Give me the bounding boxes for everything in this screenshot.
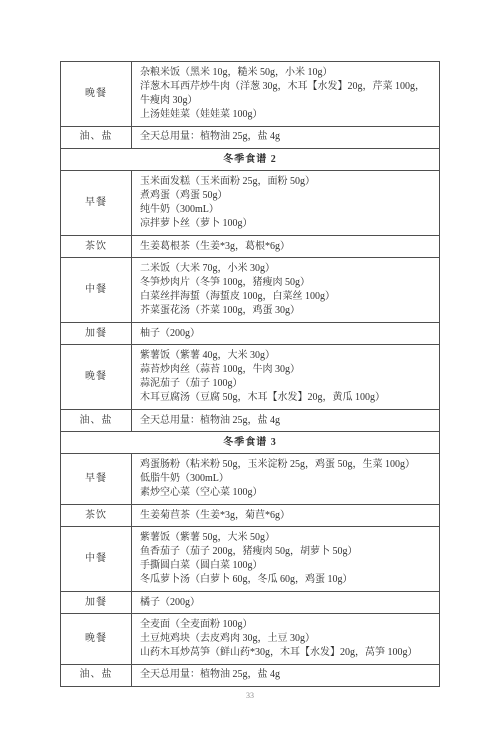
dish-line: 全天总用量：植物油 25g，盐 4g bbox=[140, 668, 431, 682]
dish-line: 冬瓜萝卜汤（白萝卜 60g，冬瓜 60g，鸡蛋 10g） bbox=[140, 573, 431, 587]
meal-label: 晚餐 bbox=[61, 614, 132, 665]
menu-row: 中餐紫薯饭（紫薯 50g，大米 50g）鱼香茄子（茄子 200g，猪瘦肉 50g… bbox=[61, 527, 440, 592]
dish-line: 生姜菊苣茶（生姜*3g，菊苣*6g） bbox=[140, 509, 431, 523]
meal-items: 生姜葛根茶（生姜*3g，葛根*6g） bbox=[132, 236, 440, 258]
menu-row: 中餐二米饭（大米 70g，小米 30g）冬笋炒肉片（冬笋 100g，猪瘦肉 50… bbox=[61, 258, 440, 323]
menu-row: 晚餐杂粮米饭（黑米 10g，糙米 50g，小米 10g）洋葱木耳西芹炒牛肉（洋葱… bbox=[61, 62, 440, 127]
meal-items: 全天总用量：植物油 25g，盐 4g bbox=[132, 126, 440, 148]
menu-row: 加餐橘子（200g） bbox=[61, 592, 440, 614]
section-header-row: 冬季食谱 3 bbox=[61, 432, 440, 454]
meal-label: 晚餐 bbox=[61, 345, 132, 410]
meal-label: 茶饮 bbox=[61, 236, 132, 258]
dish-line: 煮鸡蛋（鸡蛋 50g） bbox=[140, 189, 431, 203]
dish-line: 洋葱木耳西芹炒牛肉（洋葱 30g，木耳【水发】20g，芹菜 100g，牛瘦肉 3… bbox=[140, 80, 431, 108]
dish-line: 生姜葛根茶（生姜*3g，葛根*6g） bbox=[140, 240, 431, 254]
dish-line: 二米饭（大米 70g，小米 30g） bbox=[140, 262, 431, 276]
section-header-title: 冬季食谱 3 bbox=[61, 432, 440, 454]
menu-row: 早餐玉米面发糕（玉米面粉 25g，面粉 50g）煮鸡蛋（鸡蛋 50g）纯牛奶（3… bbox=[61, 171, 440, 236]
dish-line: 白菜丝拌海蜇（海蜇皮 100g，白菜丝 100g） bbox=[140, 290, 431, 304]
dish-line: 木耳豆腐汤（豆腐 50g，木耳【水发】20g，黄瓜 100g） bbox=[140, 391, 431, 405]
meal-items: 杂粮米饭（黑米 10g，糙米 50g，小米 10g）洋葱木耳西芹炒牛肉（洋葱 3… bbox=[132, 62, 440, 127]
dish-line: 橘子（200g） bbox=[140, 596, 431, 610]
dish-line: 全麦面（全麦面粉 100g） bbox=[140, 618, 431, 632]
meal-items: 生姜菊苣茶（生姜*3g，菊苣*6g） bbox=[132, 505, 440, 527]
meal-items: 鸡蛋肠粉（粘米粉 50g，玉米淀粉 25g，鸡蛋 50g，生菜 100g）低脂牛… bbox=[132, 454, 440, 505]
menu-row: 油、盐全天总用量：植物油 25g，盐 4g bbox=[61, 126, 440, 148]
section-header-title: 冬季食谱 2 bbox=[61, 149, 440, 171]
dish-line: 杂粮米饭（黑米 10g，糙米 50g，小米 10g） bbox=[140, 66, 431, 80]
meal-label: 早餐 bbox=[61, 171, 132, 236]
dish-line: 全天总用量：植物油 25g，盐 4g bbox=[140, 414, 431, 428]
dish-line: 紫薯饭（紫薯 50g，大米 50g） bbox=[140, 531, 431, 545]
dish-line: 蒜苔炒肉丝（蒜苔 100g，牛肉 30g） bbox=[140, 363, 431, 377]
dish-line: 上汤娃娃菜（娃娃菜 100g） bbox=[140, 108, 431, 122]
menu-table-body: 晚餐杂粮米饭（黑米 10g，糙米 50g，小米 10g）洋葱木耳西芹炒牛肉（洋葱… bbox=[61, 62, 440, 687]
dish-line: 凉拌萝卜丝（萝卜 100g） bbox=[140, 217, 431, 231]
dish-line: 低脂牛奶（300mL） bbox=[140, 472, 431, 486]
meal-label: 油、盐 bbox=[61, 664, 132, 686]
menu-row: 加餐柚子（200g） bbox=[61, 323, 440, 345]
dish-line: 芥菜蛋花汤（芥菜 100g，鸡蛋 30g） bbox=[140, 304, 431, 318]
meal-items: 二米饭（大米 70g，小米 30g）冬笋炒肉片（冬笋 100g，猪瘦肉 50g）… bbox=[132, 258, 440, 323]
dish-line: 冬笋炒肉片（冬笋 100g，猪瘦肉 50g） bbox=[140, 276, 431, 290]
meal-label: 早餐 bbox=[61, 454, 132, 505]
dish-line: 柚子（200g） bbox=[140, 327, 431, 341]
dish-line: 手撕圆白菜（圆白菜 100g） bbox=[140, 559, 431, 573]
dish-line: 土豆炖鸡块（去皮鸡肉 30g，土豆 30g） bbox=[140, 632, 431, 646]
menu-row: 茶饮生姜菊苣茶（生姜*3g，菊苣*6g） bbox=[61, 505, 440, 527]
menu-row: 油、盐全天总用量：植物油 25g，盐 4g bbox=[61, 410, 440, 432]
meal-label: 晚餐 bbox=[61, 62, 132, 127]
meal-label: 茶饮 bbox=[61, 505, 132, 527]
meal-items: 紫薯饭（紫薯 50g，大米 50g）鱼香茄子（茄子 200g，猪瘦肉 50g，胡… bbox=[132, 527, 440, 592]
meal-label: 油、盐 bbox=[61, 410, 132, 432]
dish-line: 纯牛奶（300mL） bbox=[140, 203, 431, 217]
meal-label: 中餐 bbox=[61, 258, 132, 323]
meal-items: 全天总用量：植物油 25g，盐 4g bbox=[132, 664, 440, 686]
menu-row: 茶饮生姜葛根茶（生姜*3g，葛根*6g） bbox=[61, 236, 440, 258]
meal-items: 玉米面发糕（玉米面粉 25g，面粉 50g）煮鸡蛋（鸡蛋 50g）纯牛奶（300… bbox=[132, 171, 440, 236]
meal-label: 加餐 bbox=[61, 592, 132, 614]
menu-row: 油、盐全天总用量：植物油 25g，盐 4g bbox=[61, 664, 440, 686]
meal-label: 油、盐 bbox=[61, 126, 132, 148]
page-number: 33 bbox=[0, 691, 500, 700]
menu-row: 晚餐紫薯饭（紫薯 40g，大米 30g）蒜苔炒肉丝（蒜苔 100g，牛肉 30g… bbox=[61, 345, 440, 410]
meal-label: 中餐 bbox=[61, 527, 132, 592]
dish-line: 山药木耳炒莴笋（鲜山药*30g，木耳【水发】20g，莴笋 100g） bbox=[140, 646, 431, 660]
meal-label: 加餐 bbox=[61, 323, 132, 345]
dish-line: 素炒空心菜（空心菜 100g） bbox=[140, 486, 431, 500]
document-page: 晚餐杂粮米饭（黑米 10g，糙米 50g，小米 10g）洋葱木耳西芹炒牛肉（洋葱… bbox=[0, 0, 500, 731]
meal-items: 全天总用量：植物油 25g，盐 4g bbox=[132, 410, 440, 432]
dish-line: 蒜泥茄子（茄子 100g） bbox=[140, 377, 431, 391]
meal-items: 紫薯饭（紫薯 40g，大米 30g）蒜苔炒肉丝（蒜苔 100g，牛肉 30g）蒜… bbox=[132, 345, 440, 410]
menu-row: 晚餐全麦面（全麦面粉 100g）土豆炖鸡块（去皮鸡肉 30g，土豆 30g）山药… bbox=[61, 614, 440, 665]
dish-line: 全天总用量：植物油 25g，盐 4g bbox=[140, 130, 431, 144]
winter-menu-table: 晚餐杂粮米饭（黑米 10g，糙米 50g，小米 10g）洋葱木耳西芹炒牛肉（洋葱… bbox=[60, 61, 440, 687]
dish-line: 玉米面发糕（玉米面粉 25g，面粉 50g） bbox=[140, 175, 431, 189]
meal-items: 全麦面（全麦面粉 100g）土豆炖鸡块（去皮鸡肉 30g，土豆 30g）山药木耳… bbox=[132, 614, 440, 665]
dish-line: 鱼香茄子（茄子 200g，猪瘦肉 50g，胡萝卜 50g） bbox=[140, 545, 431, 559]
section-header-row: 冬季食谱 2 bbox=[61, 149, 440, 171]
meal-items: 柚子（200g） bbox=[132, 323, 440, 345]
dish-line: 紫薯饭（紫薯 40g，大米 30g） bbox=[140, 349, 431, 363]
meal-items: 橘子（200g） bbox=[132, 592, 440, 614]
dish-line: 鸡蛋肠粉（粘米粉 50g，玉米淀粉 25g，鸡蛋 50g，生菜 100g） bbox=[140, 458, 431, 472]
menu-row: 早餐鸡蛋肠粉（粘米粉 50g，玉米淀粉 25g，鸡蛋 50g，生菜 100g）低… bbox=[61, 454, 440, 505]
